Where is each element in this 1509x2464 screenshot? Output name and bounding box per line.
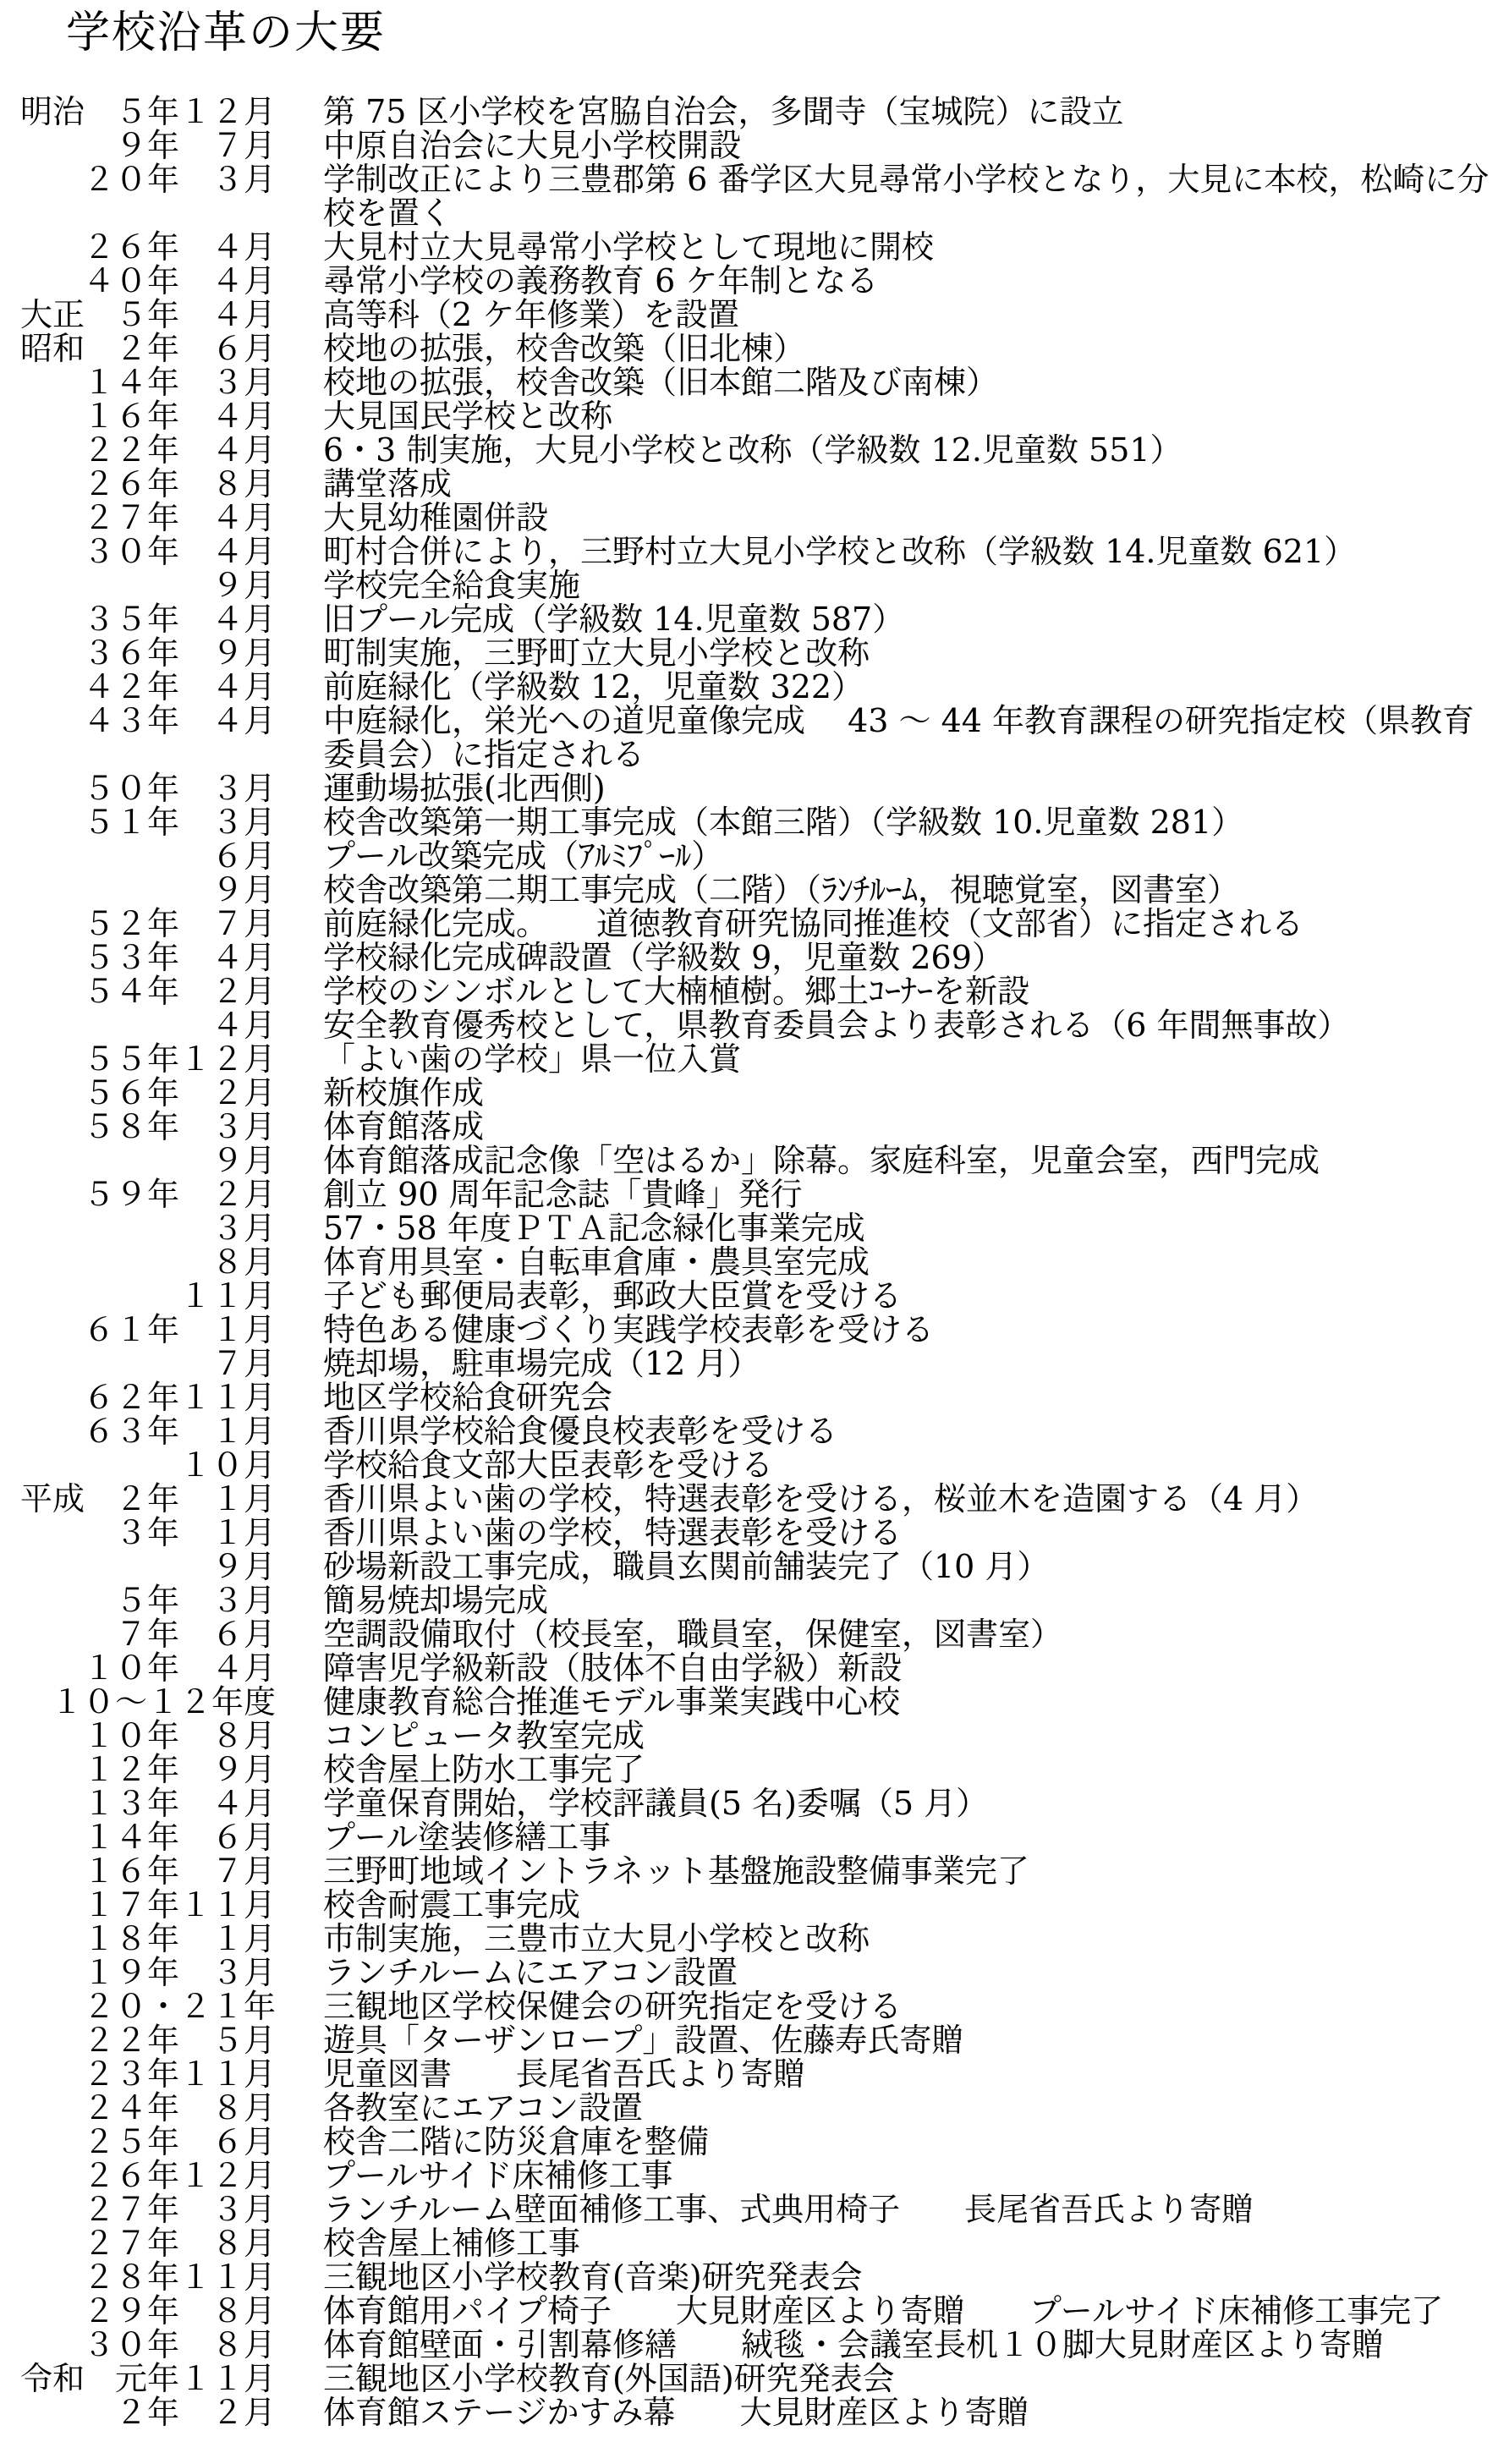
month-label: ６月 — [179, 1617, 276, 1651]
month-label: ４月 — [179, 535, 276, 568]
event-text: 遊具「ターザンロープ」設置、佐藤寿氏寄贈 — [323, 2023, 1497, 2057]
month-label: ４月 — [179, 433, 276, 467]
timeline-row: ２７年８月校舎屋上補修工事 — [0, 2226, 1509, 2260]
timeline: 明治５年１２月第 75 区小学校を宮脇自治会，多聞寺（宝城院）に設立９年７月中原… — [0, 95, 1509, 2429]
year-label: ４０年 — [73, 264, 179, 298]
year-label: １８年 — [73, 1922, 179, 1956]
event-text: 旧プール完成（学級数 14.児童数 587） — [323, 602, 1497, 636]
timeline-row: ６月プール改築完成（ｱﾙﾐﾌﾟｰﾙ） — [0, 839, 1509, 873]
month-label: ８月 — [179, 2328, 276, 2362]
event-text: 57・58 年度ＰＴＡ記念緑化事業完成 — [323, 1211, 1497, 1245]
year-label: ５年 — [73, 1583, 179, 1617]
year-label: ５２年 — [73, 907, 179, 941]
month-label: ７月 — [179, 1347, 276, 1380]
timeline-row: ３月57・58 年度ＰＴＡ記念緑化事業完成 — [0, 1211, 1509, 1245]
timeline-row: １２年９月校舎屋上防水工事完了 — [0, 1753, 1509, 1786]
timeline-row: ５０年３月運動場拡張(北西側) — [0, 771, 1509, 805]
year-label: ２年 — [73, 1482, 179, 1516]
timeline-row: １０年４月障害児学級新設（肢体不自由学級）新設 — [0, 1651, 1509, 1685]
year-label: ９年 — [73, 129, 179, 162]
event-text: 焼却場，駐車場完成（12 月） — [323, 1347, 1497, 1380]
event-text: 体育館落成記念像「空はるか」除幕。家庭科室，児童会室，西門完成 — [323, 1144, 1497, 1177]
timeline-row: １７年１１月校舎耐震工事完成 — [0, 1888, 1509, 1922]
year-range-label: １０～１２年度 — [20, 1685, 276, 1719]
event-text: 校舎耐震工事完成 — [323, 1888, 1497, 1922]
month-label: ３月 — [179, 805, 276, 839]
event-text: 校舎屋上補修工事 — [323, 2226, 1497, 2260]
event-text: 講堂落成 — [323, 467, 1497, 501]
month-label: ２月 — [179, 1177, 276, 1211]
timeline-row: ２２年５月遊具「ターザンロープ」設置、佐藤寿氏寄贈 — [0, 2023, 1509, 2057]
event-text: 体育館ステージかすみ幕 大見財産区より寄贈 — [323, 2395, 1497, 2429]
month-label: ３月 — [179, 1110, 276, 1144]
year-label: ３０年 — [73, 2328, 179, 2362]
year-label: ２２年 — [73, 2023, 179, 2057]
timeline-row: １６年７月三野町地域イントラネット基盤施設整備事業完了 — [0, 1854, 1509, 1888]
year-label: ２年 — [73, 332, 179, 365]
year-label: １６年 — [73, 1854, 179, 1888]
year-label: １９年 — [73, 1956, 179, 1989]
month-label: １２月 — [179, 95, 276, 129]
month-label: ８月 — [179, 2091, 276, 2125]
timeline-row: ４３年４月中庭緑化，栄光への道児童像完成 43 ～ 44 年教育課程の研究指定校… — [0, 704, 1509, 771]
event-text: 香川県よい歯の学校，特選表彰を受ける，桜並木を造園する（4 月） — [323, 1482, 1497, 1516]
timeline-row: ９月砂場新設工事完成，職員玄関前舗装完了（10 月） — [0, 1550, 1509, 1583]
year-label: ３年 — [73, 1516, 179, 1550]
event-text: プール改築完成（ｱﾙﾐﾌﾟｰﾙ） — [323, 839, 1497, 873]
event-text: 香川県よい歯の学校，特選表彰を受ける — [323, 1516, 1497, 1550]
timeline-row: ６１年１月特色ある健康づくり実践学校表彰を受ける — [0, 1313, 1509, 1347]
timeline-row: ４２年４月前庭緑化（学級数 12，児童数 322） — [0, 670, 1509, 704]
year-label: ６１年 — [73, 1313, 179, 1347]
month-label: ２月 — [179, 1076, 276, 1110]
timeline-row: ５２年７月前庭緑化完成。 道徳教育研究協同推進校（文部省）に指定される — [0, 907, 1509, 941]
year-label: 元年 — [73, 2362, 179, 2395]
month-label: ４月 — [179, 941, 276, 974]
month-label: １月 — [179, 1414, 276, 1448]
month-label: ７月 — [179, 129, 276, 162]
timeline-row: ２４年８月各教室にエアコン設置 — [0, 2091, 1509, 2125]
month-label: ３月 — [179, 771, 276, 805]
month-label: ２月 — [179, 974, 276, 1008]
timeline-row: １０年８月コンピュータ教室完成 — [0, 1719, 1509, 1753]
month-label: １１月 — [179, 2260, 276, 2294]
event-text: 市制実施，三豊市立大見小学校と改称 — [323, 1922, 1497, 1956]
month-label: ４月 — [179, 1008, 276, 1042]
year-label: ５６年 — [73, 1076, 179, 1110]
timeline-row: 昭和２年６月校地の拡張，校舎改築（旧北棟） — [0, 332, 1509, 365]
event-text: 校舎改築第二期工事完成（二階）（ﾗﾝﾁﾙｰﾑ，視聴覚室，図書室） — [323, 873, 1497, 907]
timeline-row: 平成２年１月香川県よい歯の学校，特選表彰を受ける，桜並木を造園する（4 月） — [0, 1482, 1509, 1516]
timeline-row: １９年３月ランチルームにエアコン設置 — [0, 1956, 1509, 1989]
month-label: ８月 — [179, 467, 276, 501]
event-text: 新校旗作成 — [323, 1076, 1497, 1110]
event-text: 6・3 制実施，大見小学校と改称（学級数 12.児童数 551） — [323, 433, 1497, 467]
event-text: 学童保育開始，学校評議員(5 名)委嘱（5 月） — [323, 1786, 1497, 1820]
timeline-row: ４０年４月尋常小学校の義務教育 6 ケ年制となる — [0, 264, 1509, 298]
timeline-row: ５４年２月学校のシンボルとして大楠植樹。郷土ｺｰﾅｰを新設 — [0, 974, 1509, 1008]
timeline-row: ４月安全教育優秀校として，県教育委員会より表彰される（6 年間無事故） — [0, 1008, 1509, 1042]
event-text: 子ども郵便局表彰，郵政大臣賞を受ける — [323, 1279, 1497, 1313]
month-label: ３月 — [179, 1211, 276, 1245]
timeline-row: １０～１２年度健康教育総合推進モデル事業実践中心校 — [0, 1685, 1509, 1719]
timeline-row: １６年４月大見国民学校と改称 — [0, 399, 1509, 433]
month-label: １１月 — [179, 1380, 276, 1414]
month-label: ４月 — [179, 1651, 276, 1685]
event-text: 特色ある健康づくり実践学校表彰を受ける — [323, 1313, 1497, 1347]
year-label: ５１年 — [73, 805, 179, 839]
month-label: ４月 — [179, 670, 276, 704]
month-label: ４月 — [179, 264, 276, 298]
year-label: ５３年 — [73, 941, 179, 974]
year-label: ２７年 — [73, 501, 179, 535]
year-label: １６年 — [73, 399, 179, 433]
month-label: １２月 — [179, 1042, 276, 1076]
month-label: ２月 — [179, 2395, 276, 2429]
event-text: 学校完全給食実施 — [323, 568, 1497, 602]
timeline-row: ２０年３月学制改正により三豊郡第 6 番学区大見尋常小学校となり，大見に本校，松… — [0, 162, 1509, 230]
timeline-row: ５年３月簡易焼却場完成 — [0, 1583, 1509, 1617]
month-label: ９月 — [179, 568, 276, 602]
year-label: ５５年 — [73, 1042, 179, 1076]
timeline-row: ５５年１２月「よい歯の学校」県一位入賞 — [0, 1042, 1509, 1076]
month-label: ４月 — [179, 704, 276, 738]
event-text: 健康教育総合推進モデル事業実践中心校 — [323, 1685, 1497, 1719]
event-text: 前庭緑化（学級数 12，児童数 322） — [323, 670, 1497, 704]
event-text: 体育用具室・自転車倉庫・農具室完成 — [323, 1245, 1497, 1279]
event-text: 学校給食文部大臣表彰を受ける — [323, 1448, 1497, 1482]
month-label: １０月 — [179, 1448, 276, 1482]
month-label: ６月 — [179, 332, 276, 365]
timeline-row: １１月子ども郵便局表彰，郵政大臣賞を受ける — [0, 1279, 1509, 1313]
month-label: ４月 — [179, 298, 276, 332]
timeline-row: 明治５年１２月第 75 区小学校を宮脇自治会，多聞寺（宝城院）に設立 — [0, 95, 1509, 129]
year-label: ５９年 — [73, 1177, 179, 1211]
event-text: 創立 90 周年記念誌「貴峰」発行 — [323, 1177, 1497, 1211]
event-text: 砂場新設工事完成，職員玄関前舗装完了（10 月） — [323, 1550, 1497, 1583]
era-label: 大正 — [20, 298, 73, 332]
year-label: １４年 — [73, 1820, 179, 1854]
month-label: ６月 — [179, 1820, 276, 1854]
month-label: ８月 — [179, 1719, 276, 1753]
year-label: １７年 — [73, 1888, 179, 1922]
era-label: 明治 — [20, 95, 73, 129]
timeline-row: ３年１月香川県よい歯の学校，特選表彰を受ける — [0, 1516, 1509, 1550]
timeline-row: ２６年１２月プールサイド床補修工事 — [0, 2159, 1509, 2192]
month-label: １１月 — [179, 2057, 276, 2091]
timeline-row: ２７年３月ランチルーム壁面補修工事、式典用椅子 長尾省吾氏より寄贈 — [0, 2192, 1509, 2226]
month-label: ９月 — [179, 873, 276, 907]
year-label: １０年 — [73, 1651, 179, 1685]
year-label: ２０年 — [73, 162, 179, 196]
month-label: １月 — [179, 1516, 276, 1550]
timeline-row: ５３年４月学校緑化完成碑設置（学級数 9，児童数 269） — [0, 941, 1509, 974]
event-text: 大見幼稚園併設 — [323, 501, 1497, 535]
timeline-row: ３６年９月町制実施，三野町立大見小学校と改称 — [0, 636, 1509, 670]
event-text: 三観地区小学校教育(外国語)研究発表会 — [323, 2362, 1497, 2395]
event-text: 大見村立大見尋常小学校として現地に開校 — [323, 230, 1497, 264]
month-label: ３月 — [179, 1956, 276, 1989]
month-label: ３月 — [179, 365, 276, 399]
month-label: ４月 — [179, 602, 276, 636]
era-label: 昭和 — [20, 332, 73, 365]
year-label: １２年 — [73, 1753, 179, 1786]
year-label: ５０年 — [73, 771, 179, 805]
month-label: １１月 — [179, 2362, 276, 2395]
timeline-row: ２３年１１月児童図書 長尾省吾氏より寄贈 — [0, 2057, 1509, 2091]
era-label: 令和 — [20, 2362, 73, 2395]
timeline-row: ２５年６月校舎二階に防災倉庫を整備 — [0, 2125, 1509, 2159]
month-label: １月 — [179, 1313, 276, 1347]
year-label: ２７年 — [73, 2192, 179, 2226]
timeline-row: １８年１月市制実施，三豊市立大見小学校と改称 — [0, 1922, 1509, 1956]
event-text: コンピュータ教室完成 — [323, 1719, 1497, 1753]
month-label: ９月 — [179, 1550, 276, 1583]
event-text: 前庭緑化完成。 道徳教育研究協同推進校（文部省）に指定される — [323, 907, 1497, 941]
event-text: 学制改正により三豊郡第 6 番学区大見尋常小学校となり，大見に本校，松崎に分校を… — [323, 162, 1497, 230]
event-text: 各教室にエアコン設置 — [323, 2091, 1497, 2125]
event-text: 運動場拡張(北西側) — [323, 771, 1497, 805]
month-label: ８月 — [179, 2226, 276, 2260]
year-label: １４年 — [73, 365, 179, 399]
month-label: ９月 — [179, 636, 276, 670]
month-label: ９月 — [179, 1144, 276, 1177]
timeline-row: ７年６月空調設備取付（校長室，職員室，保健室，図書室） — [0, 1617, 1509, 1651]
year-label: ２８年 — [73, 2260, 179, 2294]
page-title: 学校沿革の大要 — [66, 7, 1509, 59]
event-text: 中原自治会に大見小学校開設 — [323, 129, 1497, 162]
month-label: １１月 — [179, 1279, 276, 1313]
timeline-row: ３５年４月旧プール完成（学級数 14.児童数 587） — [0, 602, 1509, 636]
timeline-row: ５８年３月体育館落成 — [0, 1110, 1509, 1144]
timeline-row: １４年６月プール塗装修繕工事 — [0, 1820, 1509, 1854]
month-label: １２月 — [179, 2159, 276, 2192]
event-text: 三観地区学校保健会の研究指定を受ける — [323, 1989, 1497, 2023]
timeline-row: ９年７月中原自治会に大見小学校開設 — [0, 129, 1509, 162]
timeline-row: ２８年１１月三観地区小学校教育(音楽)研究発表会 — [0, 2260, 1509, 2294]
year-label: ３５年 — [73, 602, 179, 636]
timeline-row: ９月体育館落成記念像「空はるか」除幕。家庭科室，児童会室，西門完成 — [0, 1144, 1509, 1177]
year-label: １０年 — [73, 1719, 179, 1753]
month-label: ７月 — [179, 1854, 276, 1888]
month-label: ７月 — [179, 907, 276, 941]
event-text: 安全教育優秀校として，県教育委員会より表彰される（6 年間無事故） — [323, 1008, 1497, 1042]
event-text: ランチルーム壁面補修工事、式典用椅子 長尾省吾氏より寄贈 — [323, 2192, 1497, 2226]
event-text: 香川県学校給食優良校表彰を受ける — [323, 1414, 1497, 1448]
year-label: ５８年 — [73, 1110, 179, 1144]
event-text: プール塗装修繕工事 — [323, 1820, 1497, 1854]
year-label: ２５年 — [73, 2125, 179, 2159]
month-label: １月 — [179, 1922, 276, 1956]
event-text: 体育館用パイプ椅子 大見財産区より寄贈 プールサイド床補修工事完了 — [323, 2294, 1497, 2328]
event-text: 三野町地域イントラネット基盤施設整備事業完了 — [323, 1854, 1497, 1888]
event-text: 校舎屋上防水工事完了 — [323, 1753, 1497, 1786]
timeline-row: ２９年８月体育館用パイプ椅子 大見財産区より寄贈 プールサイド床補修工事完了 — [0, 2294, 1509, 2328]
year-label: ６３年 — [73, 1414, 179, 1448]
event-text: 児童図書 長尾省吾氏より寄贈 — [323, 2057, 1497, 2091]
timeline-row: ２６年４月大見村立大見尋常小学校として現地に開校 — [0, 230, 1509, 264]
year-label: ２年 — [73, 2395, 179, 2429]
event-text: 体育館壁面・引割幕修繕 絨毯・会議室長机１０脚大見財産区より寄贈 — [323, 2328, 1497, 2362]
year-label: ２９年 — [73, 2294, 179, 2328]
event-text: 校舎二階に防災倉庫を整備 — [323, 2125, 1497, 2159]
event-text: 校舎改築第一期工事完成（本館三階）（学級数 10.児童数 281） — [323, 805, 1497, 839]
month-label: １月 — [179, 1482, 276, 1516]
timeline-row: ９月学校完全給食実施 — [0, 568, 1509, 602]
timeline-row: １０月学校給食文部大臣表彰を受ける — [0, 1448, 1509, 1482]
month-label: ６月 — [179, 839, 276, 873]
month-label: ３月 — [179, 1583, 276, 1617]
event-text: 学校緑化完成碑設置（学級数 9，児童数 269） — [323, 941, 1497, 974]
month-label: ４月 — [179, 230, 276, 264]
month-label: ９月 — [179, 1753, 276, 1786]
timeline-row: ２年２月体育館ステージかすみ幕 大見財産区より寄贈 — [0, 2395, 1509, 2429]
timeline-row: ８月体育用具室・自転車倉庫・農具室完成 — [0, 1245, 1509, 1279]
event-text: 校地の拡張，校舎改築（旧本館二階及び南棟） — [323, 365, 1497, 399]
timeline-row: ６２年１１月地区学校給食研究会 — [0, 1380, 1509, 1414]
event-text: 学校のシンボルとして大楠植樹。郷土ｺｰﾅｰを新設 — [323, 974, 1497, 1008]
year-range-label: ２０・２１年 — [20, 1989, 276, 2023]
year-label: ４３年 — [73, 704, 179, 738]
year-label: ２２年 — [73, 433, 179, 467]
year-label: ４２年 — [73, 670, 179, 704]
month-label: ４月 — [179, 1786, 276, 1820]
month-label: １１月 — [179, 1888, 276, 1922]
event-text: 校地の拡張，校舎改築（旧北棟） — [323, 332, 1497, 365]
event-text: 障害児学級新設（肢体不自由学級）新設 — [323, 1651, 1497, 1685]
timeline-row: １３年４月学童保育開始，学校評議員(5 名)委嘱（5 月） — [0, 1786, 1509, 1820]
timeline-row: ２０・２１年三観地区学校保健会の研究指定を受ける — [0, 1989, 1509, 2023]
year-label: ２３年 — [73, 2057, 179, 2091]
event-text: 三観地区小学校教育(音楽)研究発表会 — [323, 2260, 1497, 2294]
timeline-row: ５１年３月校舎改築第一期工事完成（本館三階）（学級数 10.児童数 281） — [0, 805, 1509, 839]
event-text: ランチルームにエアコン設置 — [323, 1956, 1497, 1989]
month-label: ６月 — [179, 2125, 276, 2159]
year-label: ５年 — [73, 95, 179, 129]
timeline-row: ６３年１月香川県学校給食優良校表彰を受ける — [0, 1414, 1509, 1448]
timeline-row: ９月校舎改築第二期工事完成（二階）（ﾗﾝﾁﾙｰﾑ，視聴覚室，図書室） — [0, 873, 1509, 907]
timeline-row: 大正５年４月高等科（2 ケ年修業）を設置 — [0, 298, 1509, 332]
event-text: 大見国民学校と改称 — [323, 399, 1497, 433]
timeline-row: ７月焼却場，駐車場完成（12 月） — [0, 1347, 1509, 1380]
timeline-row: ５９年２月創立 90 周年記念誌「貴峰」発行 — [0, 1177, 1509, 1211]
event-text: 中庭緑化，栄光への道児童像完成 43 ～ 44 年教育課程の研究指定校（県教育委… — [323, 704, 1497, 771]
month-label: ３月 — [179, 2192, 276, 2226]
timeline-row: 令和元年１１月三観地区小学校教育(外国語)研究発表会 — [0, 2362, 1509, 2395]
year-label: ２６年 — [73, 230, 179, 264]
month-label: ５月 — [179, 2023, 276, 2057]
timeline-row: ３０年８月体育館壁面・引割幕修繕 絨毯・会議室長机１０脚大見財産区より寄贈 — [0, 2328, 1509, 2362]
year-label: ６２年 — [73, 1380, 179, 1414]
timeline-row: ２７年４月大見幼稚園併設 — [0, 501, 1509, 535]
month-label: ４月 — [179, 501, 276, 535]
timeline-row: ５６年２月新校旗作成 — [0, 1076, 1509, 1110]
event-text: 町制実施，三野町立大見小学校と改称 — [323, 636, 1497, 670]
event-text: 簡易焼却場完成 — [323, 1583, 1497, 1617]
event-text: 体育館落成 — [323, 1110, 1497, 1144]
event-text: プールサイド床補修工事 — [323, 2159, 1497, 2192]
event-text: 高等科（2 ケ年修業）を設置 — [323, 298, 1497, 332]
month-label: ８月 — [179, 2294, 276, 2328]
month-label: ３月 — [179, 162, 276, 196]
event-text: 尋常小学校の義務教育 6 ケ年制となる — [323, 264, 1497, 298]
timeline-row: １４年３月校地の拡張，校舎改築（旧本館二階及び南棟） — [0, 365, 1509, 399]
year-label: ２６年 — [73, 467, 179, 501]
year-label: ２６年 — [73, 2159, 179, 2192]
year-label: １３年 — [73, 1786, 179, 1820]
event-text: 第 75 区小学校を宮脇自治会，多聞寺（宝城院）に設立 — [323, 95, 1497, 129]
year-label: ３６年 — [73, 636, 179, 670]
year-label: ３０年 — [73, 535, 179, 568]
timeline-row: ２６年８月講堂落成 — [0, 467, 1509, 501]
year-label: ７年 — [73, 1617, 179, 1651]
timeline-row: ３０年４月町村合併により，三野村立大見小学校と改称（学級数 14.児童数 621… — [0, 535, 1509, 568]
year-label: ５年 — [73, 298, 179, 332]
year-label: ２４年 — [73, 2091, 179, 2125]
document-page: 学校沿革の大要 明治５年１２月第 75 区小学校を宮脇自治会，多聞寺（宝城院）に… — [0, 0, 1509, 2464]
event-text: 地区学校給食研究会 — [323, 1380, 1497, 1414]
month-label: ４月 — [179, 399, 276, 433]
timeline-row: ２２年４月6・3 制実施，大見小学校と改称（学級数 12.児童数 551） — [0, 433, 1509, 467]
event-text: 町村合併により，三野村立大見小学校と改称（学級数 14.児童数 621） — [323, 535, 1497, 568]
era-label: 平成 — [20, 1482, 73, 1516]
year-label: ２７年 — [73, 2226, 179, 2260]
month-label: ８月 — [179, 1245, 276, 1279]
year-label: ５４年 — [73, 974, 179, 1008]
event-text: 空調設備取付（校長室，職員室，保健室，図書室） — [323, 1617, 1497, 1651]
event-text: 「よい歯の学校」県一位入賞 — [323, 1042, 1497, 1076]
